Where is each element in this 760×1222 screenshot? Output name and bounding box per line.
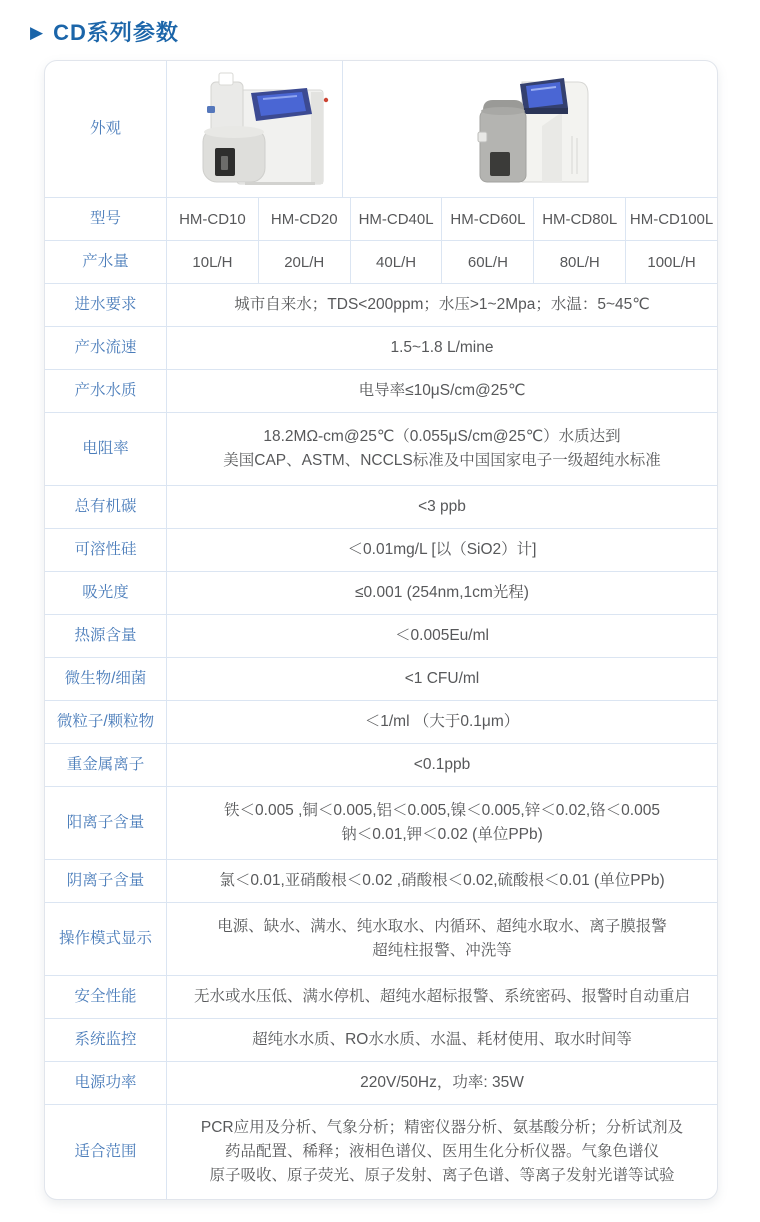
capacity-value: 100L/H <box>625 241 717 283</box>
table-row-spec: 适合范围 PCR应用及分析、气象分析；精密仪器分析、氨基酸分析；分析试剂及 药品… <box>45 1104 717 1199</box>
capacity-value: 20L/H <box>258 241 350 283</box>
table-row-spec: 产水流速 1.5~1.8 L/mine <box>45 326 717 369</box>
row-label: 阳离子含量 <box>45 787 167 859</box>
row-label: 操作模式显示 <box>45 903 167 975</box>
capacity-value: 80L/H <box>533 241 625 283</box>
spec-value: <1 CFU/ml <box>405 667 480 691</box>
spec-table: 外观 <box>44 60 718 1200</box>
row-label: 型号 <box>45 198 167 240</box>
row-label: 产水流速 <box>45 327 167 369</box>
row-label: 重金属离子 <box>45 744 167 786</box>
table-row-spec: 系统监控 超纯水水质、RO水水质、水温、耗材使用、取水时间等 <box>45 1018 717 1061</box>
row-label: 吸光度 <box>45 572 167 614</box>
spec-value-line: 药品配置、稀释；液相色谱仪、医用生化分析仪器。气象色谱仪 <box>225 1140 659 1164</box>
spec-value: 城市自来水；TDS<200ppm；水压>1~2Mpa；水温：5~45℃ <box>234 293 649 317</box>
model-value: HM-CD10 <box>167 198 258 240</box>
table-row-spec: 微生物/细菌 <1 CFU/ml <box>45 657 717 700</box>
row-label: 微粒子/颗粒物 <box>45 701 167 743</box>
table-row-spec: 安全性能 无水或水压低、满水停机、超纯水超标报警、系统密码、报警时自动重启 <box>45 975 717 1018</box>
spec-value: ≤0.001 (254nm,1cm光程) <box>355 581 529 605</box>
table-row-spec: 产水水质 电导率≤10μS/cm@25℃ <box>45 369 717 412</box>
table-row-spec: 操作模式显示 电源、缺水、满水、纯水取水、内循环、超纯水取水、离子膜报警 超纯柱… <box>45 902 717 975</box>
table-row-spec: 重金属离子 <0.1ppb <box>45 743 717 786</box>
spec-value-line: 铁＜0.005 ,铜＜0.005,铝＜0.005,镍＜0.005,锌＜0.02,… <box>224 799 660 823</box>
model-value: HM-CD20 <box>258 198 350 240</box>
row-label: 电阻率 <box>45 413 167 485</box>
compact-benchtop-purifier-illustration <box>175 66 335 192</box>
spec-value-line: PCR应用及分析、气象分析；精密仪器分析、氨基酸分析；分析试剂及 <box>201 1116 683 1140</box>
spec-value: 1.5~1.8 L/mine <box>391 336 494 360</box>
spec-value: ＜0.01mg/L [以（SiO2）计] <box>348 538 537 562</box>
row-label: 总有机碳 <box>45 486 167 528</box>
model-value: HM-CD80L <box>533 198 625 240</box>
row-label: 微生物/细菌 <box>45 658 167 700</box>
capacity-value: 40L/H <box>350 241 442 283</box>
table-row-spec: 阳离子含量 铁＜0.005 ,铜＜0.005,铝＜0.005,镍＜0.005,锌… <box>45 786 717 859</box>
table-row-spec: 进水要求 城市自来水；TDS<200ppm；水压>1~2Mpa；水温：5~45℃ <box>45 283 717 326</box>
table-row-spec: 阴离子含量 氯＜0.01,亚硝酸根＜0.02 ,硝酸根＜0.02,硫酸根＜0.0… <box>45 859 717 902</box>
spec-value: ＜1/ml （大于0.1μm） <box>365 710 519 734</box>
table-row-spec: 微粒子/颗粒物 ＜1/ml （大于0.1μm） <box>45 700 717 743</box>
table-row-appearance: 外观 <box>45 61 717 197</box>
row-label: 适合范围 <box>45 1105 167 1199</box>
row-label: 可溶性硅 <box>45 529 167 571</box>
spec-value: 无水或水压低、满水停机、超纯水超标报警、系统密码、报警时自动重启 <box>194 985 690 1009</box>
spec-value-line: 美国CAP、ASTM、NCCLS标准及中国国家电子一级超纯水标准 <box>223 449 660 473</box>
spec-value-line: 18.2MΩ-cm@25℃（0.055μS/cm@25℃）水质达到 <box>263 425 620 449</box>
spec-value: 电导率≤10μS/cm@25℃ <box>359 379 526 403</box>
table-row-spec: 可溶性硅 ＜0.01mg/L [以（SiO2）计] <box>45 528 717 571</box>
compact-benchtop-purifier-photo <box>167 61 343 197</box>
tank-tower-purifier-photo <box>343 61 717 197</box>
row-label: 安全性能 <box>45 976 167 1018</box>
table-row-spec: 总有机碳 <3 ppb <box>45 485 717 528</box>
table-row-spec: 电源功率 220V/50Hz，功率: 35W <box>45 1061 717 1104</box>
table-row-capacity: 产水量 10L/H 20L/H 40L/H 60L/H 80L/H 100L/H <box>45 240 717 283</box>
row-label: 产水量 <box>45 241 167 283</box>
table-row-model: 型号 HM-CD10 HM-CD20 HM-CD40L HM-CD60L HM-… <box>45 197 717 240</box>
model-value: HM-CD100L <box>625 198 717 240</box>
spec-value: ＜0.005Eu/ml <box>395 624 489 648</box>
capacity-value: 10L/H <box>167 241 258 283</box>
spec-value-line: 电源、缺水、满水、纯水取水、内循环、超纯水取水、离子膜报警 <box>217 915 667 939</box>
triangle-bullet-icon: ▶ <box>30 24 44 41</box>
spec-value: <0.1ppb <box>414 753 470 777</box>
row-label: 进水要求 <box>45 284 167 326</box>
spec-value-line: 超纯柱报警、冲洗等 <box>372 939 512 963</box>
table-row-spec: 电阻率 18.2MΩ-cm@25℃（0.055μS/cm@25℃）水质达到 美国… <box>45 412 717 485</box>
section-title-text: CD系列参数 <box>53 16 179 47</box>
table-row-spec: 吸光度 ≤0.001 (254nm,1cm光程) <box>45 571 717 614</box>
row-label: 系统监控 <box>45 1019 167 1061</box>
spec-value: 超纯水水质、RO水水质、水温、耗材使用、取水时间等 <box>252 1028 632 1052</box>
row-label: 电源功率 <box>45 1062 167 1104</box>
tank-tower-purifier-illustration <box>450 66 610 192</box>
row-label: 阴离子含量 <box>45 860 167 902</box>
spec-value-line: 钠＜0.01,钾＜0.02 (单位PPb) <box>341 823 543 847</box>
spec-value: 220V/50Hz，功率: 35W <box>360 1071 524 1095</box>
section-title: ▶ CD系列参数 <box>30 16 760 47</box>
row-label: 外观 <box>45 61 167 197</box>
spec-value: <3 ppb <box>418 495 466 519</box>
row-label: 热源含量 <box>45 615 167 657</box>
model-value: HM-CD40L <box>350 198 442 240</box>
table-row-spec: 热源含量 ＜0.005Eu/ml <box>45 614 717 657</box>
model-value: HM-CD60L <box>441 198 533 240</box>
capacity-value: 60L/H <box>441 241 533 283</box>
row-label: 产水水质 <box>45 370 167 412</box>
spec-value-line: 原子吸收、原子荧光、原子发射、离子色谱、等离子发射光谱等试验 <box>209 1164 674 1188</box>
spec-value: 氯＜0.01,亚硝酸根＜0.02 ,硝酸根＜0.02,硫酸根＜0.01 (单位P… <box>219 869 664 893</box>
